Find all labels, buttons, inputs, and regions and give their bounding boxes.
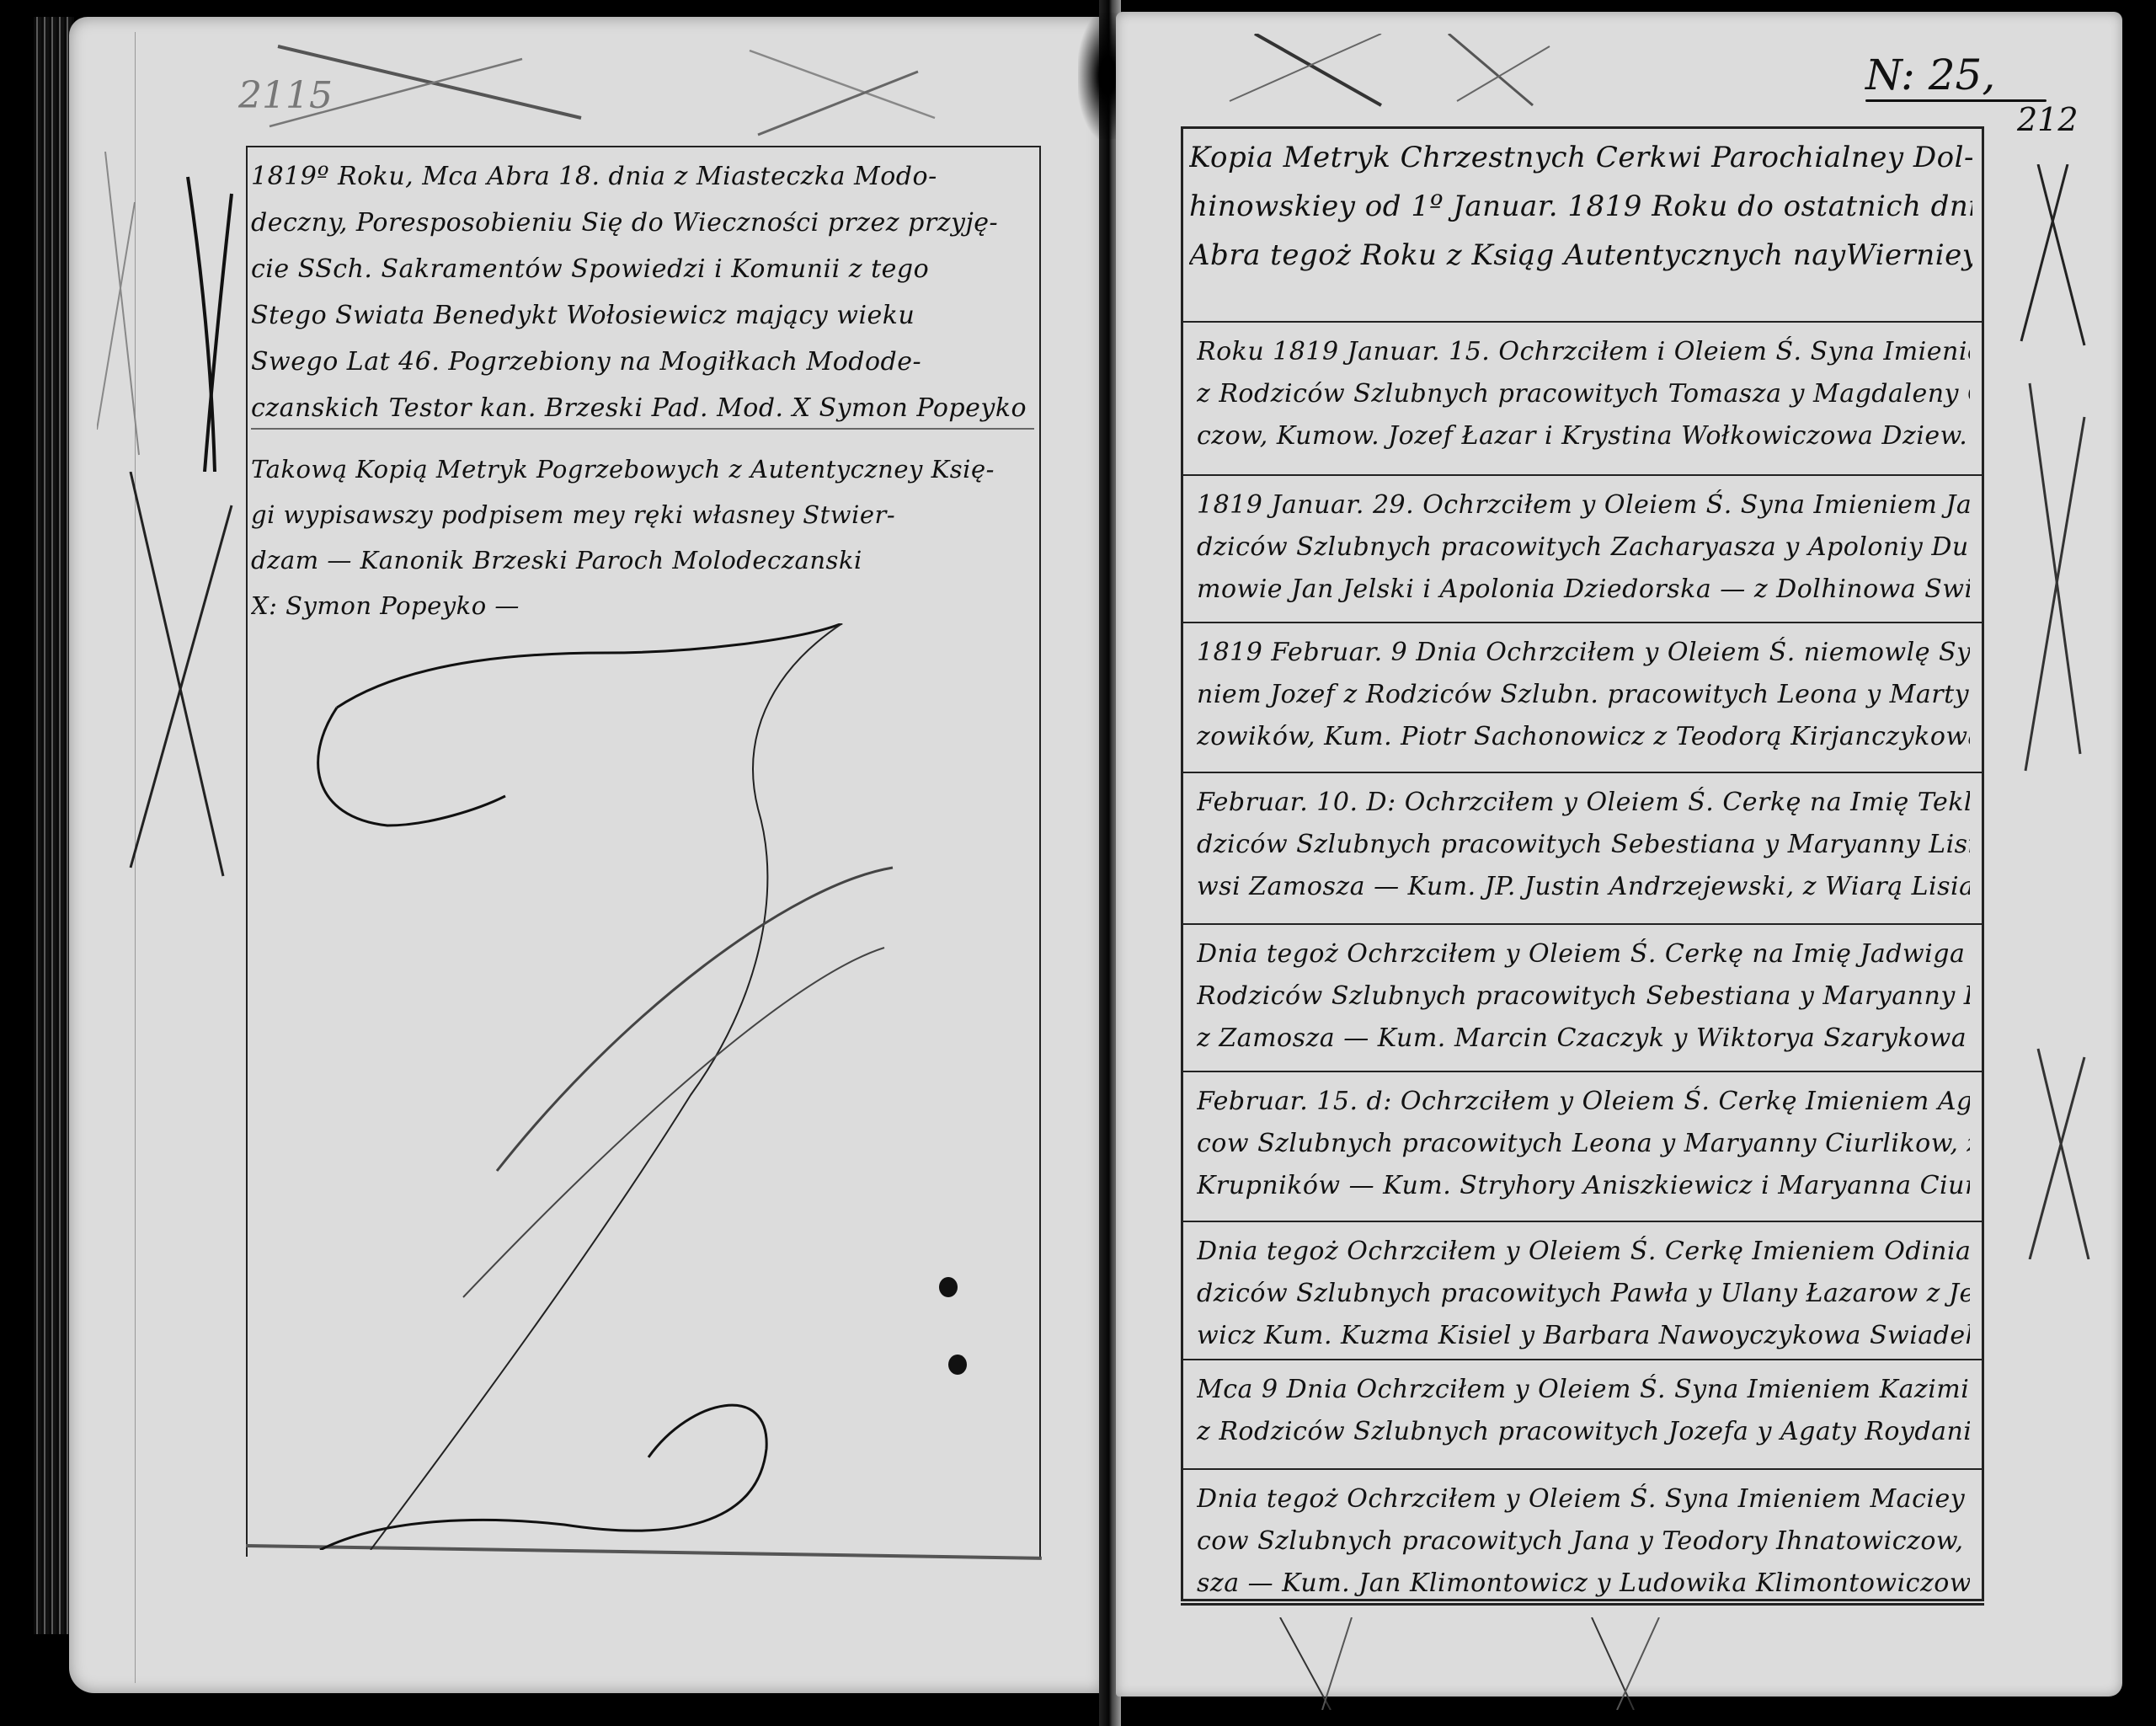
z-flourish-cancel-mark [286,623,1095,1550]
pencil-cross-mark [741,46,943,139]
register-number: N: 25, [1865,51,1995,99]
burial-entry: 1819º Roku, Mca Abra 18. dnia z Miastecz… [251,153,1034,431]
entry-divider [251,428,1034,430]
attestation-line: Takową Kopią Metryk Pogrzebowych z Auten… [251,446,1034,492]
baptism-entry: Roku 1819 Januar. 15. Ochrzciłem i Oleie… [1183,323,1982,476]
baptism-entry: Dnia tegoż Ochrzciłem y Oleiem Ś. Cerkę … [1183,1222,1982,1360]
register-heading: Kopia Metryk Chrzestnych Cerkwi Parochia… [1189,133,1972,280]
burial-entry-line: Swego Lat 46. Pogrzebiony na Mogiłkach M… [251,339,1034,385]
entry-line: Dnia tegoż Ochrzciłem y Oleiem Ś. Syna I… [1197,1478,1970,1520]
entry-line: cow Szlubnych pracowitych Jana y Teodory… [1197,1520,1970,1563]
entry-line: dziców Szlubnych pracowitych Pawła y Ula… [1197,1273,1970,1315]
pencil-cross-mark [2004,164,2097,1259]
baptism-entry: 1819 Februar. 9 Dnia Ochrzciłem y Oleiem… [1183,623,1982,773]
entry-line: Februar. 15. d: Ochrzciłem y Oleiem Ś. C… [1197,1081,1970,1123]
entry-line: Rodziców Szlubnych pracowitych Sebestian… [1197,975,1970,1018]
entry-line: z Rodziców Szlubnych pracowitych Tomasza… [1197,373,1970,415]
ink-blot [939,1277,958,1297]
baptism-entry: Dnia tegoż Ochrzciłem y Oleiem Ś. Cerkę … [1183,925,1982,1072]
baptism-entry: Dnia tegoż Ochrzciłem y Oleiem Ś. Syna I… [1183,1470,1982,1599]
pencil-cross-mark [97,152,240,472]
entry-line: zowików, Kum. Piotr Sachonowicz z Teodor… [1197,716,1970,758]
entry-line: dziców Szlubnych pracowitych Zacharyasza… [1197,526,1970,569]
baptism-entry: Februar. 10. D: Ochrzciłem y Oleiem Ś. C… [1183,773,1982,925]
entry-line: 1819 Januar. 29. Ochrzciłem y Oleiem Ś. … [1197,484,1970,526]
book-spread: 2115 1819º Roku, Mca Abra 18. dnia z Mia… [0,0,2156,1726]
burial-entry-line: cie SSch. Sakramentów Spowiedzi i Komuni… [251,246,1034,292]
entry-line: z Rodziców Szlubnych pracowitych Jozefa … [1197,1411,1970,1453]
entry-line: dziców Szlubnych pracowitych Sebestiana … [1197,824,1970,866]
heading-line: Kopia Metryk Chrzestnych Cerkwi Parochia… [1189,133,1972,182]
pencil-cross-mark [97,472,240,893]
burial-entry-line: 1819º Roku, Mca Abra 18. dnia z Miastecz… [251,153,1034,200]
burial-entry-line: Stego Swiata Benedykt Wołosiewicz mający… [251,292,1034,339]
page-edges [34,17,74,1634]
entry-line: niem Jozef z Rodziców Szlubn. pracowityc… [1197,674,1970,716]
attestation-line: dzam — Kanonik Brzeski Paroch Molodeczan… [251,537,1034,583]
heading-line: hinowskiey od 1º Januar. 1819 Roku do os… [1189,182,1972,231]
frame-double-rule [1181,1603,1984,1606]
entry-line: wicz Kum. Kuzma Kisiel y Barbara Nawoycz… [1197,1315,1970,1357]
pencil-cross-mark [244,42,598,135]
entry-line: Krupników — Kum. Stryhory Aniszkiewicz i… [1197,1165,1970,1207]
entry-line: Roku 1819 Januar. 15. Ochrzciłem i Oleie… [1197,331,1970,373]
attestation-line: gi wypisawszy podpisem mey ręki własney … [251,492,1034,537]
heading-line: Abra tegoż Roku z Ksiąg Autentycznych na… [1189,231,1972,280]
entry-line: Dnia tegoż Ochrzciłem y Oleiem Ś. Cerkę … [1197,1231,1970,1273]
entry-line: sza — Kum. Jan Klimontowicz y Ludowika K… [1197,1563,1970,1605]
attestation-line: X: Symon Popeyko — [251,583,1034,628]
entry-line: czow, Kumow. Jozef Łazar i Krystina Wołk… [1197,415,1970,457]
pencil-cross-mark [1213,34,1566,118]
burial-entry-line: czanskich Testor kan. Brzeski Pad. Mod. … [251,385,1034,431]
entry-line: Dnia tegoż Ochrzciłem y Oleiem Ś. Cerkę … [1197,933,1970,975]
ink-blot [948,1355,967,1375]
entry-line: cow Szlubnych pracowitych Leona y Maryan… [1197,1123,1970,1165]
entry-line: z Zamosza — Kum. Marcin Czaczyk y Wiktor… [1197,1018,1970,1060]
baptism-entry: 1819 Januar. 29. Ochrzciłem y Oleiem Ś. … [1183,476,1982,623]
baptism-entry: Februar. 15. d: Ochrzciłem y Oleiem Ś. C… [1183,1072,1982,1222]
entry-line: wsi Zamosza — Kum. JP. Justin Andrzejews… [1197,866,1970,908]
burial-entry-line: deczny, Poresposobieniu Się do Wiecznośc… [251,200,1034,246]
pencil-cross-mark [1263,1617,2021,1710]
entry-line: mowie Jan Jelski i Apolonia Dziedorska —… [1197,569,1970,611]
baptism-register-frame: Roku 1819 Januar. 15. Ochrzciłem i Oleie… [1181,126,1984,1601]
baptism-entry: Mca 9 Dnia Ochrzciłem y Oleiem Ś. Syna I… [1183,1360,1982,1470]
right-folio-number: 212 [2017,101,2079,138]
entry-line: Mca 9 Dnia Ochrzciłem y Oleiem Ś. Syna I… [1197,1369,1970,1411]
attestation-text: Takową Kopią Metryk Pogrzebowych z Auten… [251,446,1034,628]
entry-line: Februar. 10. D: Ochrzciłem y Oleiem Ś. C… [1197,782,1970,824]
entry-line: 1819 Februar. 9 Dnia Ochrzciłem y Oleiem… [1197,632,1970,674]
